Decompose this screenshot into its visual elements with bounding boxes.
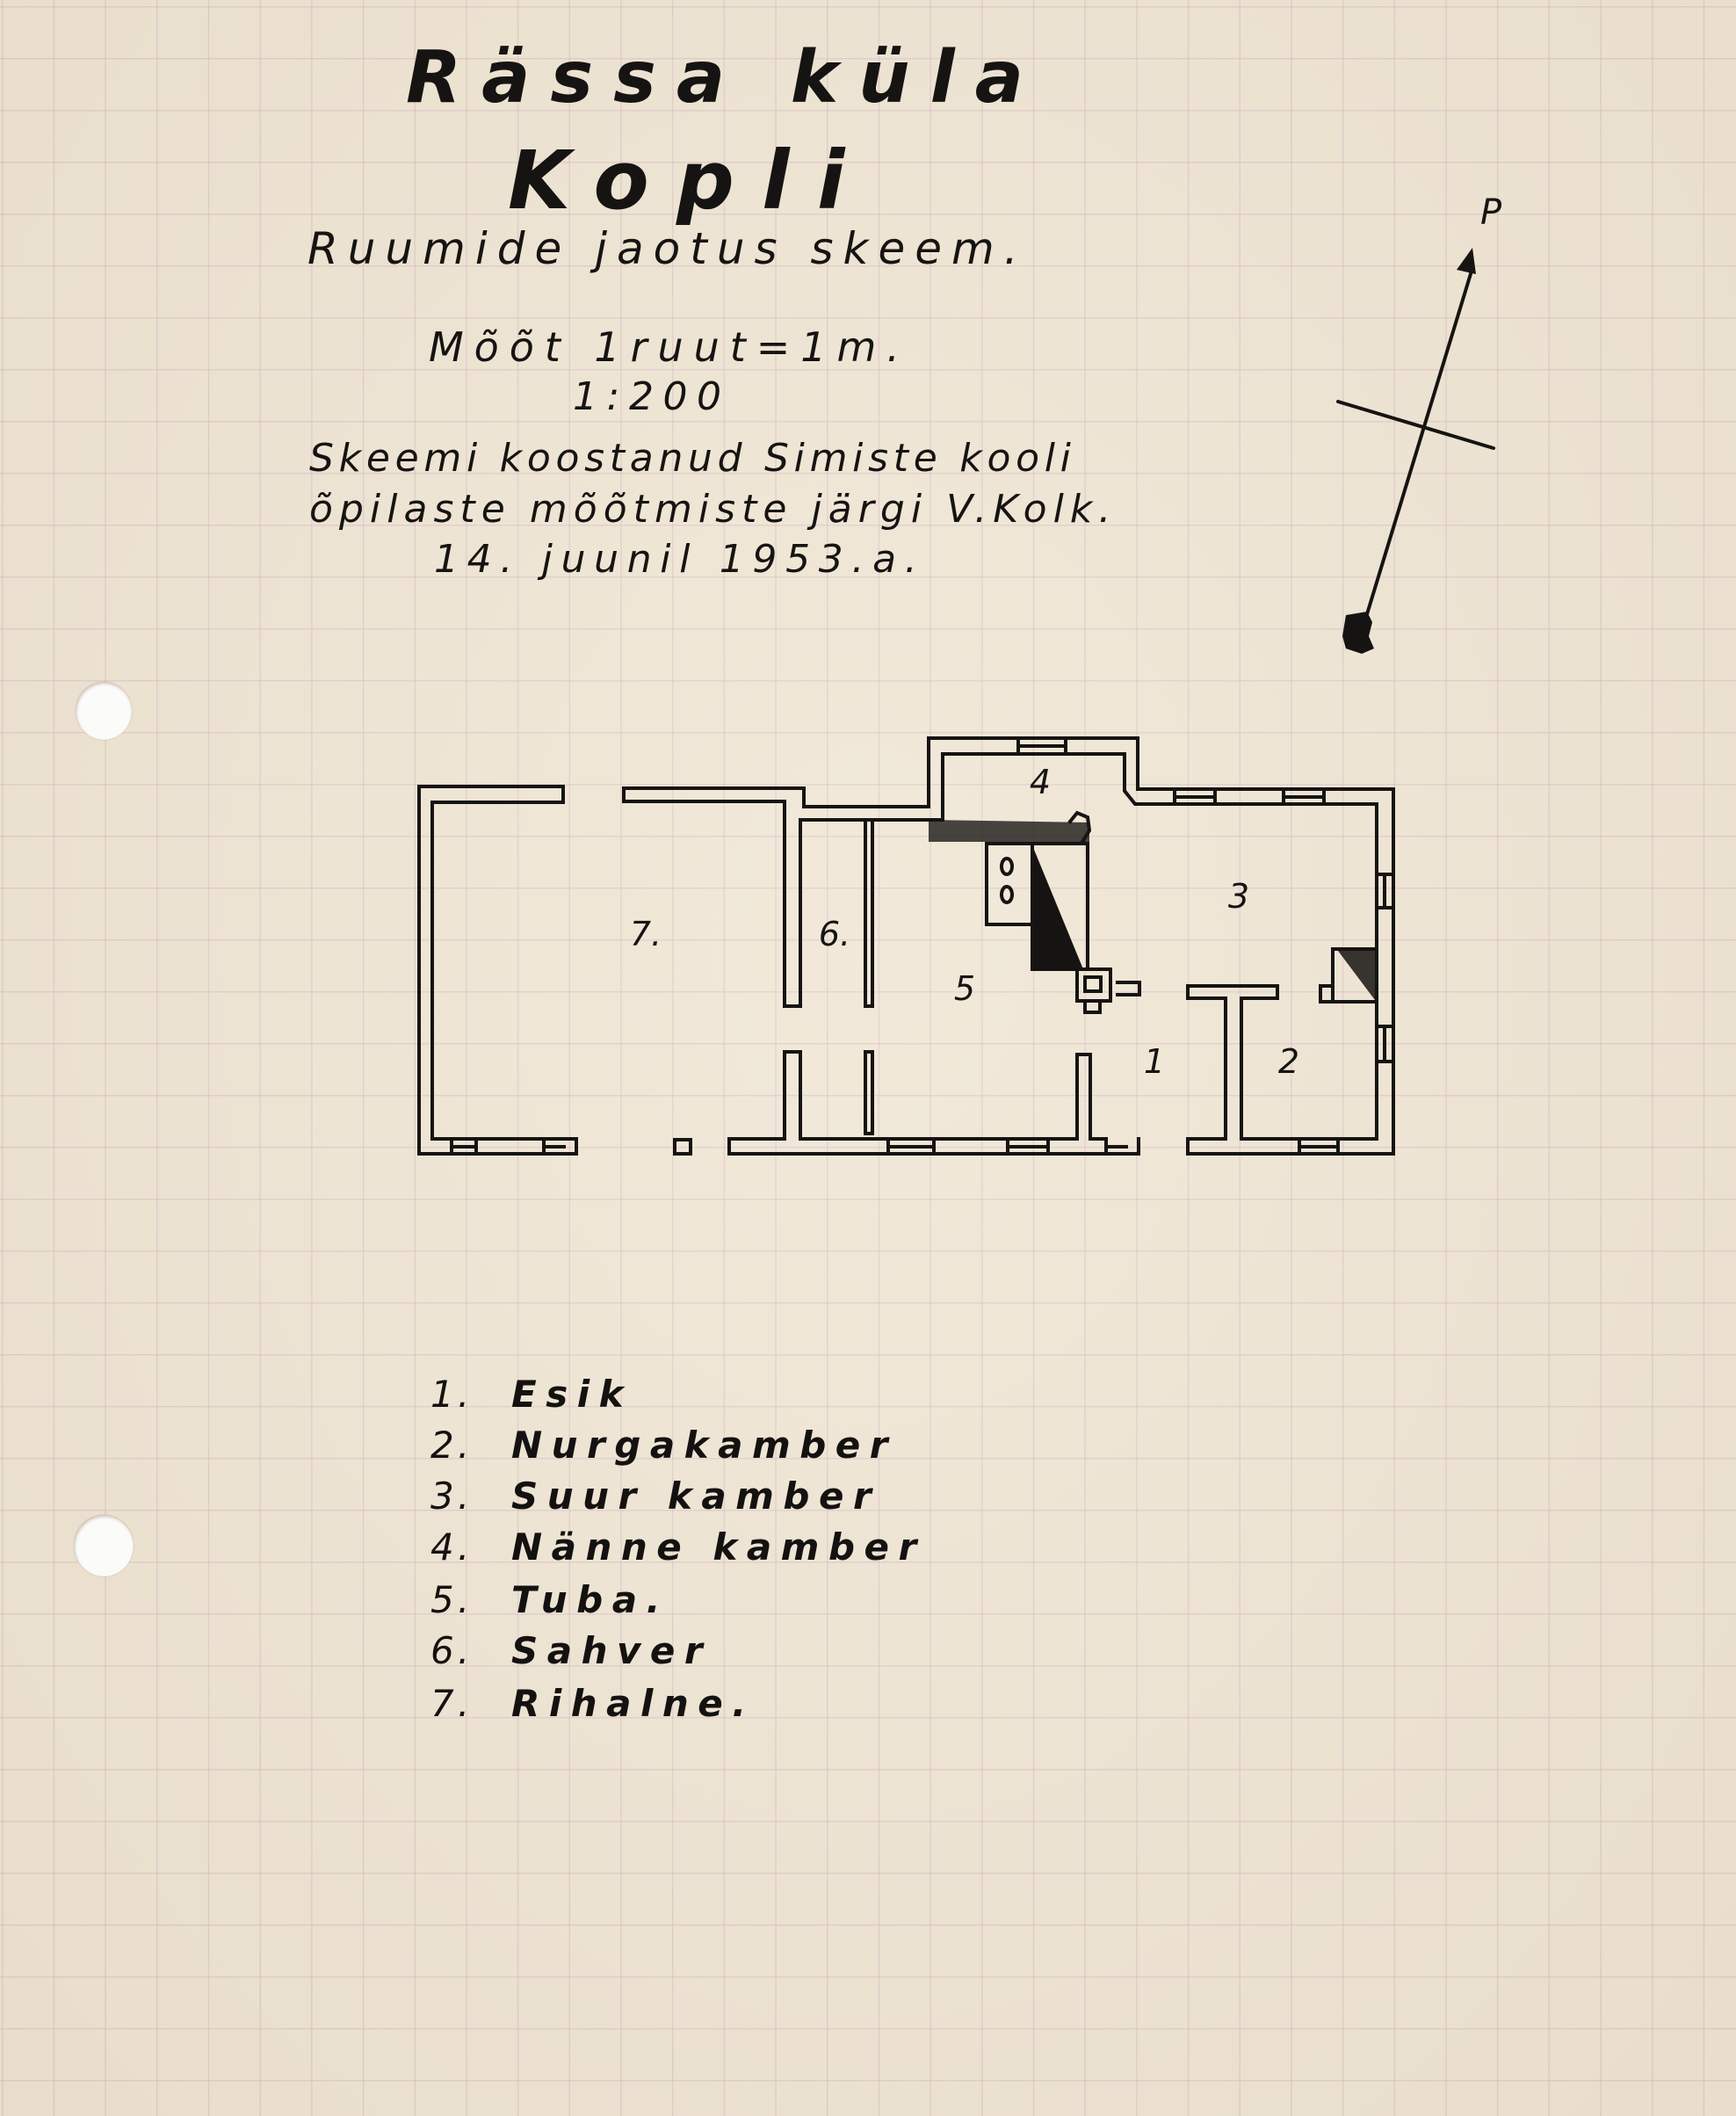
- floor-plan: [0, 0, 1736, 2116]
- legend-number: 3.: [430, 1475, 473, 1518]
- legend-number: 4.: [430, 1525, 473, 1569]
- room-label-7: 7.: [630, 915, 662, 953]
- legend-number: 1.: [430, 1373, 473, 1416]
- legend-label: Sahver: [511, 1629, 712, 1672]
- legend-number: 7.: [430, 1682, 473, 1725]
- legend-label: Esik: [511, 1373, 633, 1416]
- legend-label: Suur kamber: [511, 1475, 880, 1518]
- legend-number: 5.: [430, 1578, 473, 1621]
- room-label-5: 5: [954, 969, 975, 1008]
- room-label-6: 6.: [819, 915, 850, 953]
- legend-label: Rihalne.: [511, 1682, 756, 1725]
- legend-number: 2.: [430, 1424, 473, 1467]
- room-label-1: 1: [1144, 1042, 1165, 1081]
- room-label-4: 4: [1030, 763, 1051, 801]
- room-label-3: 3: [1228, 877, 1249, 916]
- room-label-2: 2: [1278, 1042, 1299, 1081]
- legend-label: Tuba.: [511, 1578, 669, 1621]
- legend-label: Nurgakamber: [511, 1424, 897, 1467]
- legend-number: 6.: [430, 1629, 473, 1672]
- legend-label: Nänne kamber: [511, 1525, 926, 1569]
